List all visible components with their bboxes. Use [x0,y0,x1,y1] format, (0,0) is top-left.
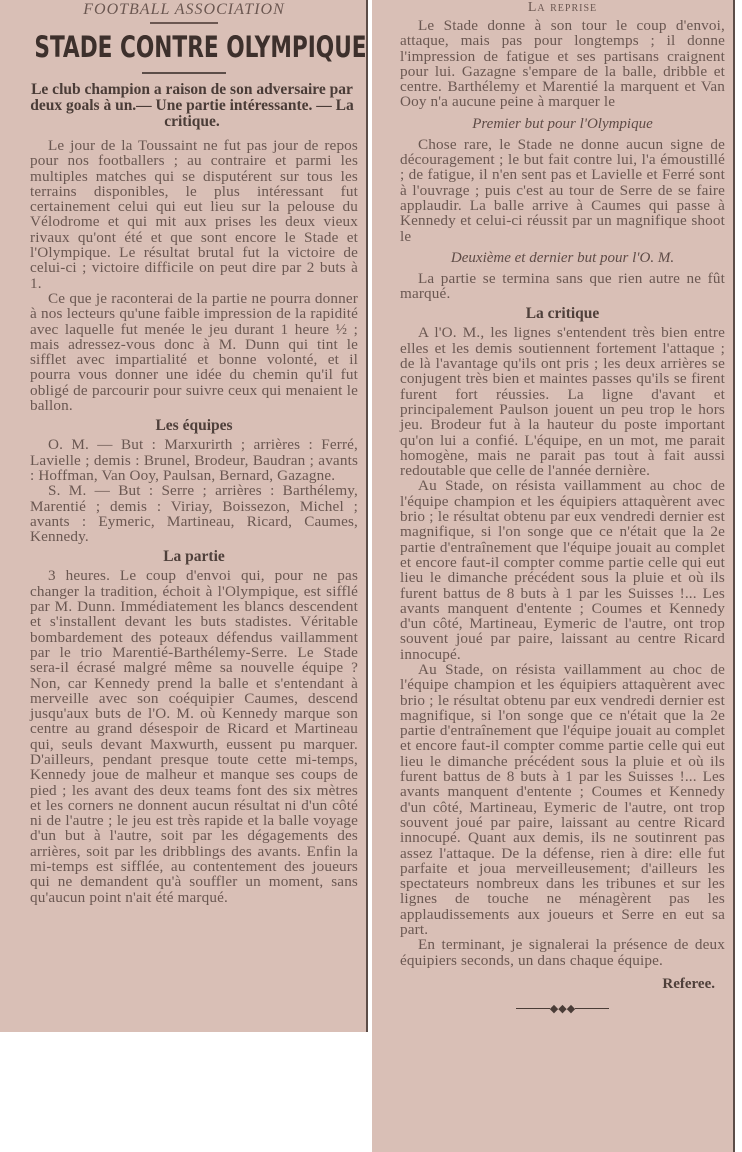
article-headline: STADE CONTRE OLYMPIQUE [34,30,331,64]
lineup-sm: S. M. — But : Serre ; arrières : Barthél… [30,483,358,544]
article-subhead: Le club champion a raison de son adversa… [26,82,358,130]
critique-paragraph-3: Au Stade, on résista vaillamment au choc… [400,662,725,937]
headline-divider [142,72,226,74]
critique-paragraph-2: Au Stade, on résista vaillamment au choc… [400,478,725,662]
critique-paragraph-1: A l'O. M., les lignes s'entendent très b… [400,325,725,478]
partie-paragraph: 3 heures. Le coup d'envoi qui, pour ne p… [30,568,358,905]
diamond-ornament-icon: ◆◆◆ [550,1002,575,1015]
ornament-line-right [575,1008,609,1009]
left-column: FOOTBALL ASSOCIATION STADE CONTRE OLYMPI… [0,0,368,1032]
section-heading-equipes: Les équipes [30,417,358,435]
author-signature: Referee. [400,976,715,993]
lineup-om: O. M. — But : Marxurirth ; arrières : Fe… [30,437,358,483]
kicker-divider [150,22,218,24]
subheading-deuxieme-but: Deuxième et dernier but pour l'O. M. [400,248,725,268]
ornament-line-left [516,1008,550,1009]
section-kicker: FOOTBALL ASSOCIATION [10,0,358,20]
subheading-premier-but: Premier but pour l'Olympique [400,114,725,134]
intro-paragraph-1: Le jour de la Toussaint ne fut pas jour … [30,138,358,291]
right-column: La reprise Le Stade donne à son tour le … [372,0,735,1152]
section-heading-reprise: La reprise [400,0,725,16]
premier-but-paragraph: Chose rare, le Stade ne donne aucun sign… [400,137,725,244]
reprise-paragraph: Le Stade donne à son tour le coup d'envo… [400,18,725,110]
section-heading-critique: La critique [400,305,725,323]
section-heading-partie: La partie [30,548,358,566]
end-ornament: ◆◆◆ [400,1003,725,1015]
intro-paragraph-2: Ce que je raconterai de la partie ne pou… [30,291,358,413]
critique-paragraph-4: En terminant, je signalerai la présence … [400,937,725,968]
deuxieme-but-paragraph: La partie se termina sans que rien autre… [400,271,725,302]
